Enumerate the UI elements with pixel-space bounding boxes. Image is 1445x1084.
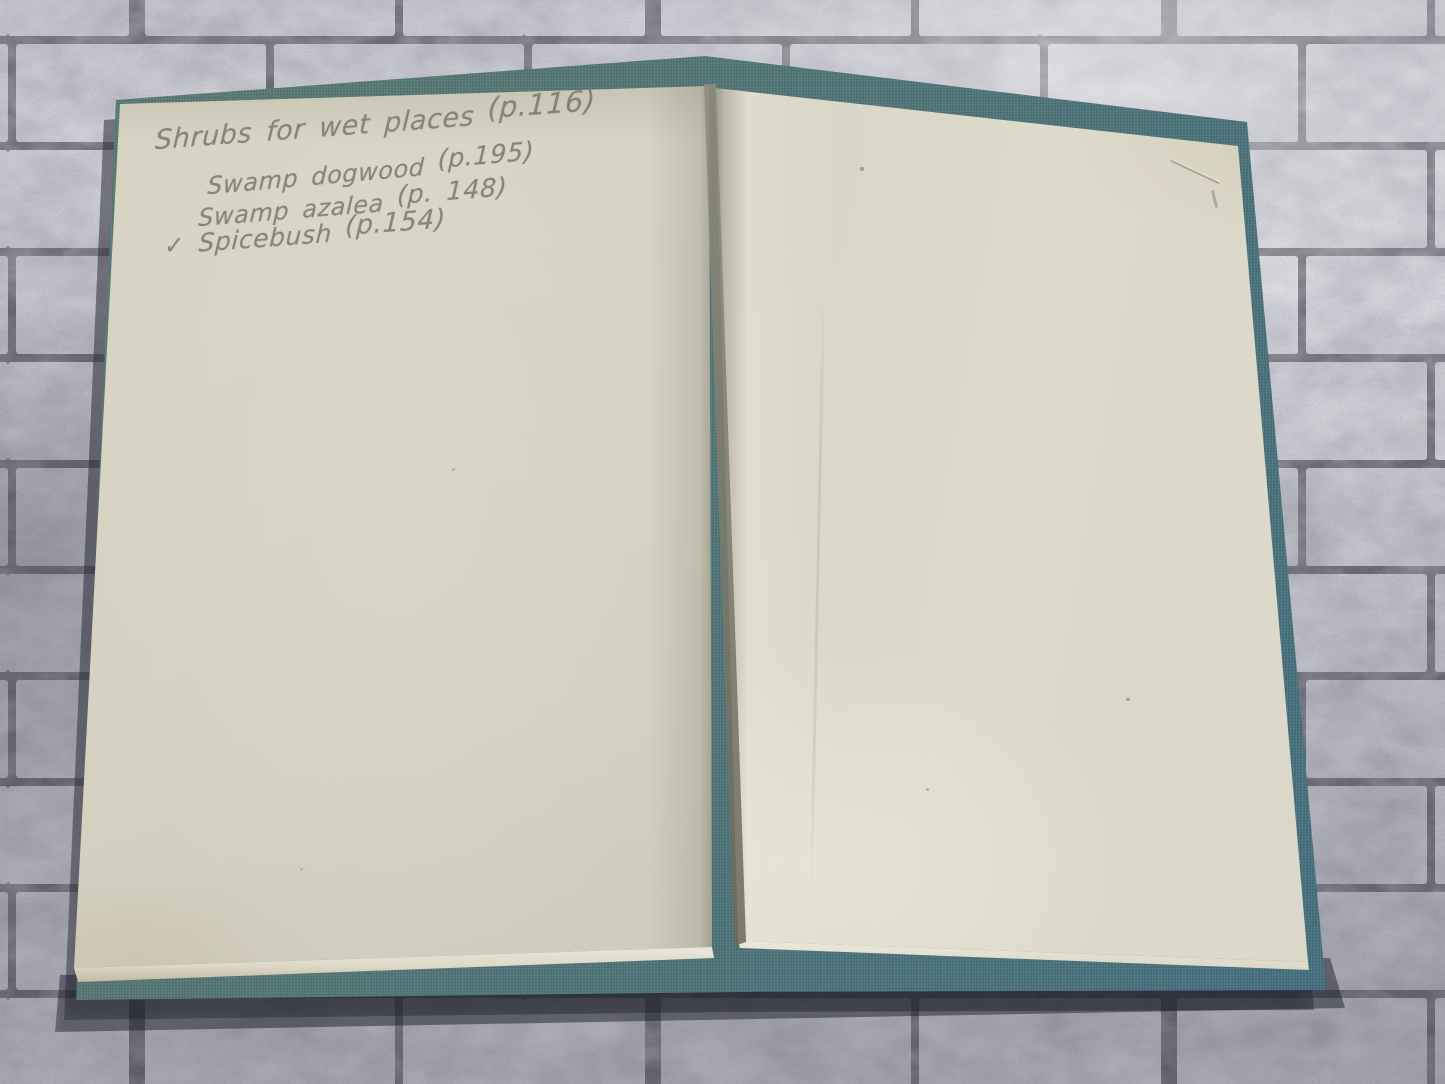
paper-speck [926,788,929,791]
note-page-ref: (p.154) [345,203,447,242]
paper-speck [452,468,455,471]
note-page-ref: (p.116) [487,83,597,125]
paper-speck [300,868,303,871]
paper-speck [860,167,864,171]
book-right-page [710,84,1315,969]
photo-open-book-against-brick-wall: Shrubs for wet places(p.116) Swamp dogwo… [0,0,1445,1084]
check-mark-icon: ✓ [164,231,186,261]
paper-speck [1126,698,1130,701]
